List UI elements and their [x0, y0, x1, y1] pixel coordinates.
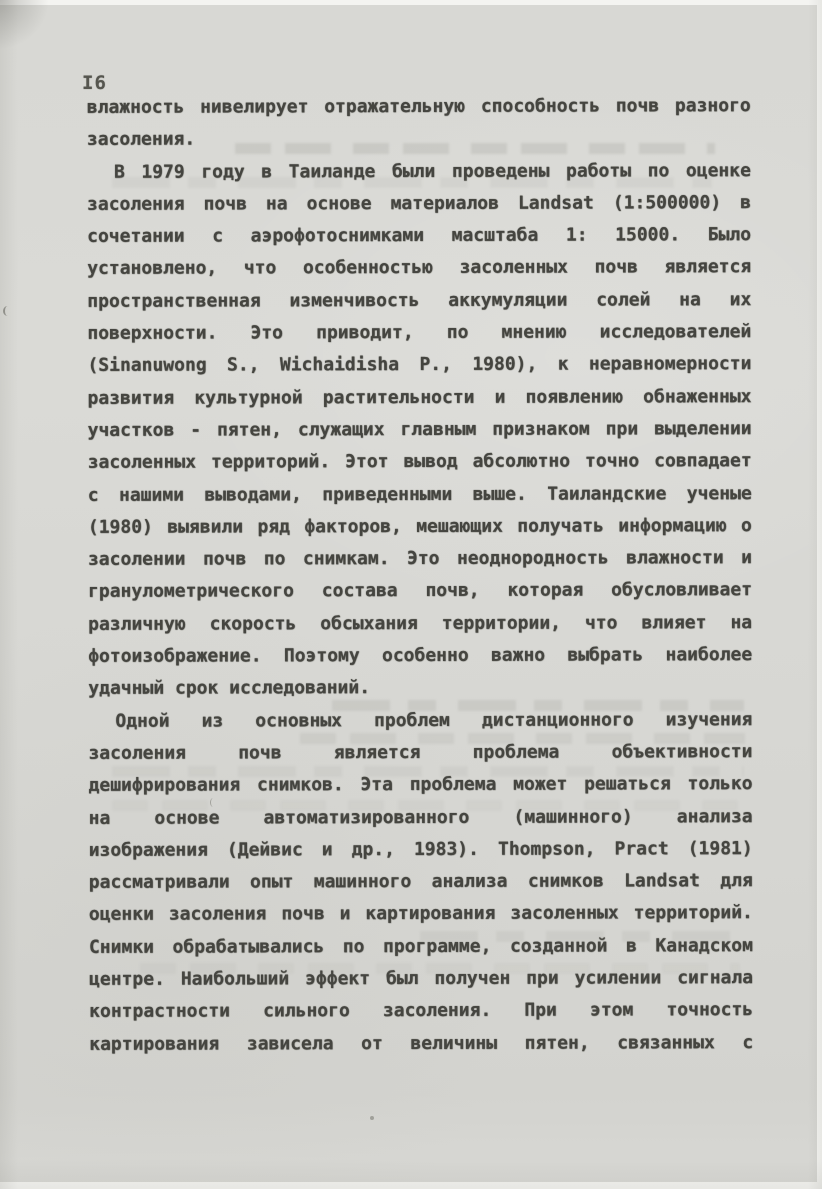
text-line: пространственная изменчивость аккумуляци… — [87, 289, 751, 323]
text-line: оценки засоления почв и картирования зас… — [89, 903, 753, 937]
scan-speck — [3, 306, 12, 316]
text-line: фотоизображение. Поэтому особенно важно … — [88, 644, 752, 678]
text-line: засолении почв по снимкам. Это неоднород… — [88, 547, 752, 581]
scan-edge-top — [0, 0, 822, 5]
text-line: поверхности. Это приводит, по мнению исс… — [87, 321, 751, 355]
text-line: центре. Наибольший эффект был получен пр… — [89, 967, 753, 1001]
scan-edge-right — [817, 0, 822, 1189]
text-line: контрастности сильного засоления. При эт… — [89, 999, 753, 1033]
text-line: (Sinanuwong S., Wichaidisha P., 1980), к… — [87, 354, 751, 388]
scan-edge-bottom — [0, 1182, 822, 1189]
text-line: засоления. — [87, 127, 751, 161]
text-line: Одной из основных проблем дистанционного… — [88, 709, 752, 743]
text-line: участков - пятен, служащих главным призн… — [88, 418, 752, 452]
text-line: изображения (Дейвис и др., 1983). Thomps… — [89, 838, 753, 872]
text-line: картирования зависела от величины пятен,… — [89, 1032, 753, 1066]
scanned-document-page: I6 влажность нивелирует отражательную сп… — [0, 0, 822, 1189]
text-line: развития культурной растительности и поя… — [87, 386, 751, 420]
text-line: засоления почв является проблема объекти… — [88, 741, 752, 775]
page-number: I6 — [82, 72, 107, 94]
text-line: Снимки обрабатывались по программе, созд… — [89, 935, 753, 969]
document-text-block: влажность нивелирует отражательную спосо… — [87, 95, 754, 1066]
text-line: сочетании с аэрофотоснимками масштаба 1:… — [87, 224, 751, 258]
text-line: на основе автоматизированного (машинного… — [89, 806, 753, 840]
scan-speck — [370, 1116, 374, 1120]
text-line: засоленных территорий. Этот вывод абсолю… — [88, 450, 752, 484]
text-line: влажность нивелирует отражательную спосо… — [87, 95, 751, 129]
text-line: рассматривали опыт машинного анализа сни… — [89, 870, 753, 904]
text-line: гранулометрического состава почв, котора… — [88, 580, 752, 614]
text-line: В 1979 году в Таиланде были проведены ра… — [87, 160, 751, 194]
text-line: с нашими выводами, приведенными выше. Та… — [88, 483, 752, 517]
text-line: удачный срок исследований. — [88, 676, 752, 710]
text-line: дешифрирования снимков. Эта проблема мож… — [89, 773, 753, 807]
text-line: различную скорость обсыхания территории,… — [88, 612, 752, 646]
text-line: засоления почв на основе материалов Land… — [87, 192, 751, 226]
text-line: установлено, что особенностью засоленных… — [87, 257, 751, 291]
text-line: (1980) выявили ряд факторов, мешающих по… — [88, 515, 752, 549]
